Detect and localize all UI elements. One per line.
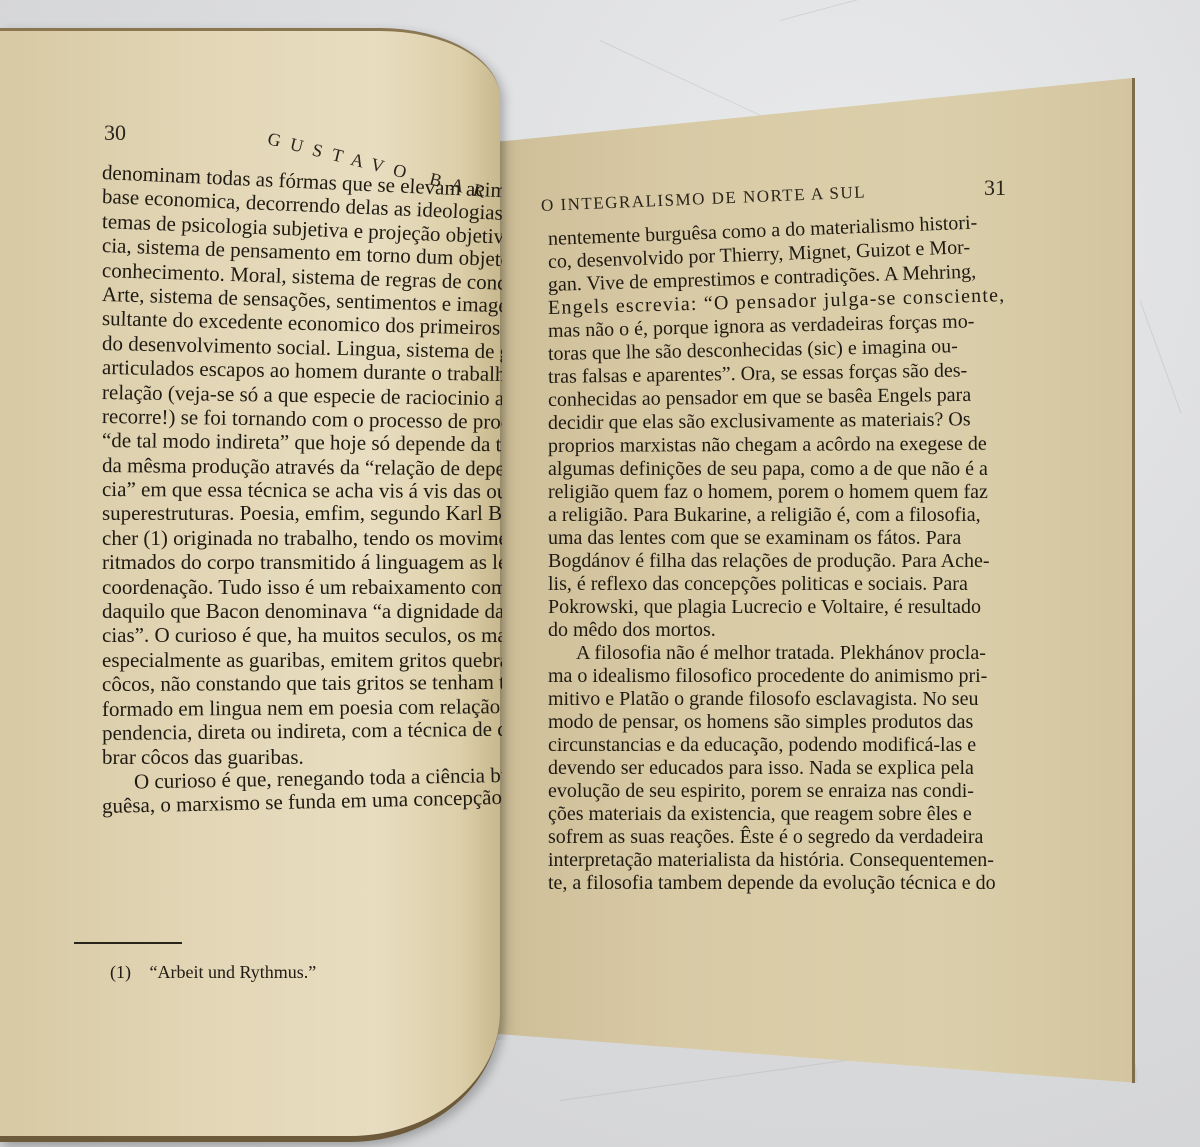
text-line: modo de pensar, os homens são simples pr…	[548, 711, 1006, 734]
text-line: mitivo e Platão o grande filosofo esclav…	[548, 688, 1006, 711]
footnote-rule	[74, 942, 182, 944]
text-line: A filosofia não é melhor tratada. Plekhá…	[548, 642, 1006, 665]
text-line: uma das lentes com que se examinam os fá…	[548, 527, 1006, 550]
right-page-number: 31	[984, 175, 1006, 201]
marble-vein	[1140, 300, 1182, 413]
text-line: cia” em que essa técnica se acha vis á v…	[102, 477, 502, 503]
text-line: lis, é reflexo das concepções politicas …	[548, 573, 1006, 596]
text-line: te, a filosofia tambem depende da evoluç…	[548, 872, 1006, 895]
text-line: interpretação materialista da história. …	[548, 849, 1006, 872]
right-page-body: nentemente burguêsa como a do materialis…	[548, 228, 1006, 895]
footnote: (1) “Arbeit und Rythmus.”	[110, 962, 316, 983]
text-line: do mêdo dos mortos.	[548, 619, 1006, 642]
text-line: especialmente as guaribas, emitem gritos…	[102, 648, 502, 672]
text-line: evolução de seu espirito, porem se enrai…	[548, 780, 1006, 803]
text-line: a religião. Para Bukarine, a religião é,…	[548, 504, 1006, 527]
left-page-body: denominam todas as fórmas que se elevam …	[102, 160, 502, 819]
text-line: devendo ser educados para isso. Nada se …	[548, 757, 1006, 780]
text-line: circunstancias e da educação, podendo mo…	[548, 734, 1006, 757]
text-line: Pokrowski, que plagia Lucrecio e Voltair…	[548, 596, 1006, 619]
text-line: pendencia, direta ou indireta, com a téc…	[102, 717, 502, 746]
text-line: cher (1) originada no trabalho, tendo os…	[102, 526, 502, 550]
text-line: coordenação. Tudo isso é um rebaixamento…	[102, 575, 502, 599]
text-line: cias”. O curioso é que, ha muitos seculo…	[102, 623, 502, 647]
marble-vein	[560, 1058, 857, 1101]
text-line: ritmados do corpo transmitido á linguage…	[102, 550, 502, 574]
text-line: proprios marxistas não chegam a acôrdo n…	[548, 433, 1006, 458]
text-line: algumas definições de seu papa, como a d…	[548, 458, 1006, 481]
text-line: ma o idealismo filosofico procedente do …	[548, 665, 1006, 688]
left-page-number: 30	[104, 120, 126, 146]
text-line: daquilo que Bacon denominava “a dignidad…	[102, 599, 502, 623]
text-line: côcos, não constando que tais gritos se …	[102, 670, 502, 696]
text-line: superestruturas. Poesia, emfim, segundo …	[102, 501, 502, 525]
text-line: decidir que elas são exclusivamente as m…	[548, 408, 1006, 435]
text-line: religião quem faz o homem, porem o homem…	[548, 481, 1006, 504]
footnote-marker: (1)	[110, 962, 131, 982]
text-line: Bogdánov é filha das relações de produçã…	[548, 550, 1006, 573]
footnote-text: “Arbeit und Rythmus.”	[150, 962, 317, 982]
marble-vein	[780, 0, 973, 21]
text-line: ções materiais da existencia, que reagem…	[548, 803, 1006, 826]
text-line: sofrem as suas reações. Êste é o segredo…	[548, 826, 1006, 849]
